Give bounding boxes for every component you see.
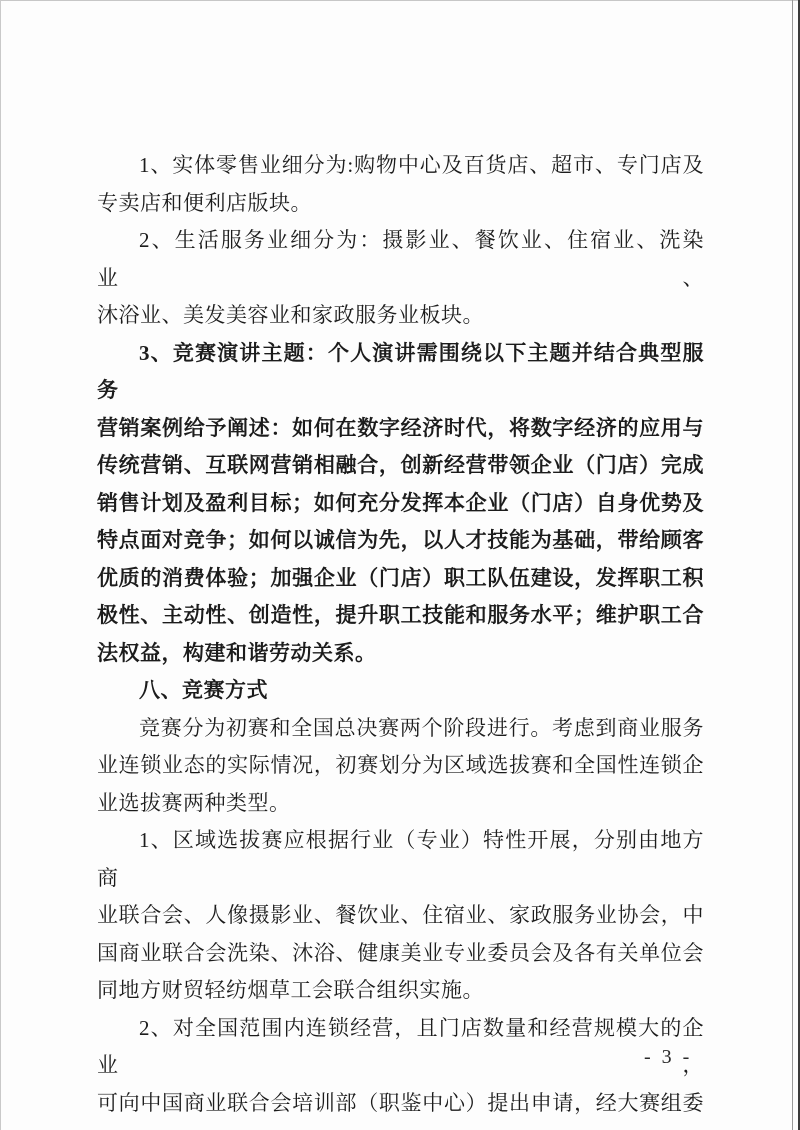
para-competition-stages: 竞赛分为初赛和全国总决赛两个阶段进行。考虑到商业服务业连锁业态的实际情况，初赛划…: [97, 710, 704, 823]
text-line: 特点面对竞争；如何以诚信为先，以人才技能为基础，带给顾客: [97, 522, 704, 560]
scan-edge-left: [0, 0, 1, 1130]
text-line: 国商业联合会洗染、沐浴、健康美业专业委员会及各有关单位会: [97, 935, 704, 973]
document-body: 1、实体零售业细分为:购物中心及百货店、超市、专门店及专卖店和便利店版块。2、生…: [97, 147, 704, 1122]
text-line: 优质的消费体验；加强企业（门店）职工队伍建设，发挥职工积: [97, 560, 704, 598]
text-line: 可向中国商业联合会培训部（职鉴中心）提出申请，经大赛组委: [97, 1085, 704, 1123]
scan-edge-right-line: [792, 0, 793, 1130]
heading-8-competition-format: 八、竞赛方式: [97, 672, 704, 710]
text-line: 1、实体零售业细分为:购物中心及百货店、超市、专门店及: [97, 147, 704, 185]
para-2-life-service-segments: 2、生活服务业细分为：摄影业、餐饮业、住宿业、洗染业、沐浴业、美发美容业和家政服…: [97, 222, 704, 335]
text-line: 沐浴业、美发美容业和家政服务业板块。: [97, 297, 704, 335]
text-line: 销售计划及盈利目标；如何充分发挥本企业（门店）自身优势及: [97, 485, 704, 523]
text-line: 1、区域选拔赛应根据行业（专业）特性开展，分别由地方商: [97, 822, 704, 897]
text-line: 3、竞赛演讲主题：个人演讲需围绕以下主题并结合典型服务: [97, 335, 704, 410]
text-line: 2、生活服务业细分为：摄影业、餐饮业、住宿业、洗染业、: [97, 222, 704, 297]
text-line: 营销案例给予阐述：如何在数字经济时代，将数字经济的应用与: [97, 410, 704, 448]
text-line: 专卖店和便利店版块。: [97, 185, 704, 223]
para-national-chain-tryouts: 2、对全国范围内连锁经营，且门店数量和经营规模大的企业，可向中国商业联合会培训部…: [97, 1010, 704, 1123]
para-1-retail-segments: 1、实体零售业细分为:购物中心及百货店、超市、专门店及专卖店和便利店版块。: [97, 147, 704, 222]
para-3-speech-topics: 3、竞赛演讲主题：个人演讲需围绕以下主题并结合典型服务营销案例给予阐述：如何在数…: [97, 335, 704, 673]
para-regional-tryouts: 1、区域选拔赛应根据行业（专业）特性开展，分别由地方商业联合会、人像摄影业、餐饮…: [97, 822, 704, 1010]
text-line: 传统营销、互联网营销相融合，创新经营带领企业（门店）完成: [97, 447, 704, 485]
text-line: 业选拔赛两种类型。: [97, 785, 704, 823]
text-line: 八、竞赛方式: [97, 672, 704, 710]
text-line: 业联合会、人像摄影业、餐饮业、住宿业、家政服务业协会，中: [97, 897, 704, 935]
scan-edge-top: [0, 0, 800, 1]
text-line: 法权益，构建和谐劳动关系。: [97, 635, 704, 673]
text-line: 业连锁业态的实际情况，初赛划分为区域选拔赛和全国性连锁企: [97, 747, 704, 785]
text-line: 极性、主动性、创造性，提升职工技能和服务水平；维护职工合: [97, 597, 704, 635]
document-page: { "page": { "page_number": "- 3 -", "col…: [0, 0, 800, 1130]
text-line: 2、对全国范围内连锁经营，且门店数量和经营规模大的企业，: [97, 1010, 704, 1085]
page-number: - 3 -: [644, 1046, 692, 1069]
text-line: 竞赛分为初赛和全国总决赛两个阶段进行。考虑到商业服务: [97, 710, 704, 748]
text-line: 同地方财贸轻纺烟草工会联合组织实施。: [97, 972, 704, 1010]
